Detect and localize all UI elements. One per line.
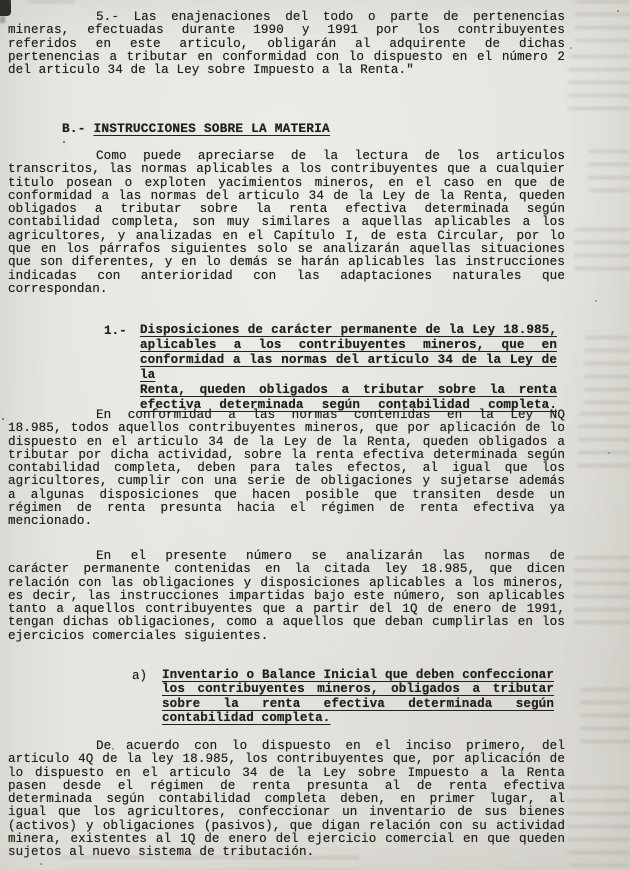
list-item-1-label: 1.- [104, 324, 127, 338]
text-line: que son diferentes, y en lo demás se har… [8, 256, 565, 269]
text-line: del articulo 34 de la Ley sobre Impuesto… [8, 64, 565, 77]
scan-bleedthrough [28, 0, 76, 10]
text-line: En conformidad a las normas contenidas e… [8, 409, 565, 422]
scan-bleedthrough [588, 150, 630, 192]
text-line: mineras, efectuadas durante 1990 y 1991 … [8, 24, 565, 37]
text-line: tanto a aquellos contribuyentes que a pa… [8, 603, 565, 616]
text-line: De acuerdo con lo dispuesto en el inciso… [8, 740, 565, 753]
text-line: Inventario o Balance Inicial que deben c… [162, 668, 554, 682]
paragraph-ley-18985: En conformidad a las normas contenidas e… [8, 409, 565, 529]
scan-corner-smudge [0, 16, 5, 23]
text-line: titulo posean o exploten yacimientos min… [8, 177, 565, 190]
text-line: articulo 4Q de la ley 18.985, los contri… [8, 753, 565, 766]
text-line: a algunas disposiciones que hacen posibl… [8, 489, 565, 502]
text-line: carácter permanente contenidas en la cit… [8, 563, 565, 576]
list-item-a-heading: Inventario o Balance Inicial que deben c… [162, 668, 554, 725]
text-line: igual que los agricultores, confeccionar… [8, 806, 565, 819]
text-line: 5.- Las enajenaciones del todo o parte d… [8, 11, 565, 24]
text-line: lo dispuesto en el articulo 34 de la Ley… [8, 767, 565, 780]
text-line: determinada según contabilidad completa … [8, 793, 565, 806]
document-page: 5.- Las enajenaciones del todo o parte d… [0, 0, 630, 870]
text-line: conformidad a las normas del articulo 34… [8, 190, 565, 203]
list-item-1-heading: Disposiciones de carácter permanente de … [140, 323, 557, 413]
text-line: obligados a tributar sobre la renta efec… [8, 203, 565, 216]
text-line: contabilidad completa. [162, 711, 554, 725]
text-line: ejercicios comerciales siguientes. [8, 630, 565, 643]
scan-bleedthrough [568, 786, 630, 866]
section-heading-title: INSTRUCCIONES SOBRE LA MATERIA [94, 121, 330, 136]
text-line: tributar por dicha actividad, sobre la r… [8, 449, 565, 462]
scan-bleedthrough [584, 336, 630, 406]
text-line: transcritos, las normas aplicables a los… [8, 163, 565, 176]
quoted-clause-paragraph: 5.- Las enajenaciones del todo o parte d… [8, 11, 565, 77]
paragraph-presente-numero: En el presente número se analizarán las … [8, 550, 565, 643]
text-line: En el presente número se analizarán las … [8, 550, 565, 563]
paragraph-inventario: De acuerdo con lo dispuesto en el inciso… [8, 740, 565, 860]
text-line: aplicables a los contribuyentes mineros,… [140, 338, 557, 353]
text-line: que en los párrafos siguientes solo se a… [8, 243, 565, 256]
text-line: es decir, las instrucciones impartidas b… [8, 590, 565, 603]
text-line: (activos) y obligaciones (pasivos), que … [8, 820, 565, 833]
scan-bleedthrough [574, 228, 630, 272]
text-line: mencionado. [8, 515, 565, 528]
scan-bleedthrough [578, 412, 630, 474]
intro-paragraph: Como puede apreciarse de la lectura de l… [8, 150, 565, 296]
scan-bleedthrough [574, 556, 630, 628]
text-line: contabilidad completa, deben para tales … [8, 462, 565, 475]
text-line: agricultores, y analizadas en el Capítul… [8, 230, 565, 243]
section-heading-label: B.- [62, 121, 94, 136]
scan-bleedthrough [580, 688, 630, 748]
text-line: tengan dichas obligaciones, como a aquel… [8, 616, 565, 629]
text-line: Como puede apreciarse de la lectura de l… [8, 150, 565, 163]
text-line: minera, existentes al 1Q de enero del ej… [8, 833, 565, 846]
text-line: pertenencias a tributar en conformidad c… [8, 51, 565, 64]
text-line: Renta, queden obligados a tributar sobre… [140, 383, 557, 398]
scan-specks [0, 0, 2, 2]
text-line: 18.985, todos aquellos contribuyentes mi… [8, 422, 565, 435]
text-line: dispuesto en el articulo 34 de la Ley de… [8, 436, 565, 449]
scan-bleedthrough [575, 0, 630, 45]
text-line: referidos en este articulo, obligarán al… [8, 38, 565, 51]
text-line: conformidad a las normas del articulo 34… [140, 353, 557, 383]
text-line: pasen desde el régimen de renta presunta… [8, 780, 565, 793]
text-line: agricultores, cumplir con una serie de o… [8, 475, 565, 488]
text-line: correspondan. [8, 283, 565, 296]
section-heading: B.- INSTRUCCIONES SOBRE LA MATERIA [62, 121, 330, 136]
text-line: relación con las obligaciones y disposic… [8, 577, 565, 590]
text-line: sobre la renta efectiva determinada segú… [162, 697, 554, 711]
text-line: indicadas con anterioridad con las adapt… [8, 270, 565, 283]
scan-bleedthrough [568, 55, 630, 113]
text-line: contabilidad completa, son muy similares… [8, 216, 565, 229]
list-item-a-label: a) [132, 669, 147, 683]
text-line: régimen de renta presunta hacia el régim… [8, 502, 565, 515]
text-line: Disposiciones de carácter permanente de … [140, 323, 557, 338]
text-line: sujetos al nuevo sistema de tributación. [8, 846, 565, 859]
text-line: los contribuyentes mineros, obligados a … [162, 682, 554, 696]
